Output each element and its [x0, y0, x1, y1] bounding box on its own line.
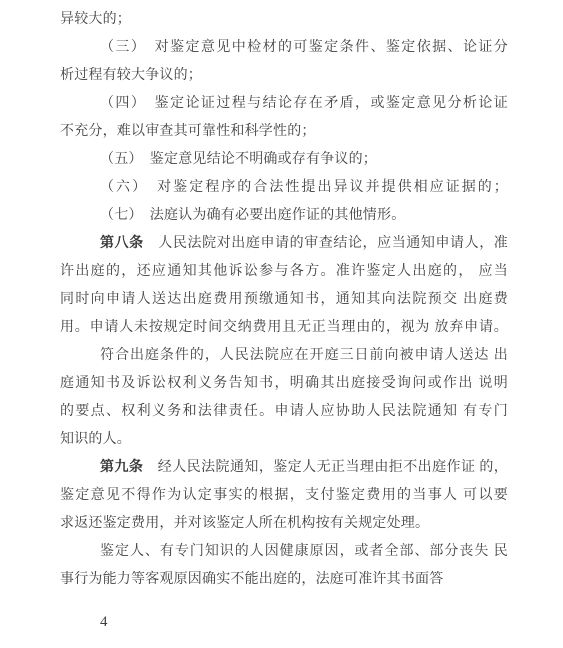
article-number-8: 第八条 [100, 236, 144, 251]
text-line: （七） 法庭认为确有必要出庭作证的其他情形。 [60, 202, 508, 230]
article-9-text: 经人民法院通知，鉴定人无正当理由拒不出庭作证 的， [143, 460, 508, 475]
text-line: 鉴定意见不得作为认定事实的根据，支付鉴定费用的当事人 可以要 [60, 482, 508, 510]
text-line: 第八条 人民法院对出庭申请的审查结论，应当通知申请人，准 [60, 230, 508, 258]
text-line: 不充分，难以审查其可靠性和科学性的； [60, 118, 508, 146]
text-line: 事行为能力等客观原因确实不能出庭的，法庭可准许其书面答 [60, 566, 508, 594]
text-line: 同时向申请人送达出庭费用预缴通知书，通知其向法院预交 出庭费 [60, 286, 508, 314]
text-line: 第九条 经人民法院通知，鉴定人无正当理由拒不出庭作证 的， [60, 454, 508, 482]
text-line: 异较大的； [60, 6, 508, 34]
article-8-text: 人民法院对出庭申请的审查结论，应当通知申请人，准 [144, 236, 508, 251]
page-number: 4 [100, 610, 108, 634]
text-line: 鉴定人、有专门知识的人因健康原因，或者全部、部分丧失 民 [60, 538, 508, 566]
article-number-9: 第九条 [100, 460, 143, 475]
text-line: （五） 鉴定意见结论不明确或存有争议的； [60, 146, 508, 174]
text-line: 用。申请人未按规定时间交纳费用且无正当理由的，视为 放弃申请。 [60, 314, 508, 342]
text-line: 析过程有较大争议的； [60, 62, 508, 90]
text-line: （四） 鉴定论证过程与结论存在矛盾，或鉴定意见分析论证 [60, 90, 508, 118]
text-line: （六） 对鉴定程序的合法性提出异议并提供相应证据的； [60, 174, 508, 202]
document-page: { "doc": { "text_color": "#3f3f3f", "art… [0, 0, 563, 648]
text-line: 符合出庭条件的，人民法院应在开庭三日前向被申请人送达 出 [60, 342, 508, 370]
document-body: 异较大的； （三） 对鉴定意见中检材的可鉴定条件、鉴定依据、论证分 析过程有较大… [60, 6, 508, 594]
text-line: （三） 对鉴定意见中检材的可鉴定条件、鉴定依据、论证分 [60, 34, 508, 62]
text-line: 许出庭的，还应通知其他诉讼参与各方。准许鉴定人出庭的， 应当 [60, 258, 508, 286]
text-line: 庭通知书及诉讼权利义务告知书，明确其出庭接受询问或作出 说明 [60, 370, 508, 398]
text-line: 知识的人。 [60, 426, 508, 454]
text-line: 求返还鉴定费用，并对该鉴定人所在机构按有关规定处理。 [60, 510, 508, 538]
text-line: 的要点、权利义务和法律责任。申请人应协助人民法院通知 有专门 [60, 398, 508, 426]
